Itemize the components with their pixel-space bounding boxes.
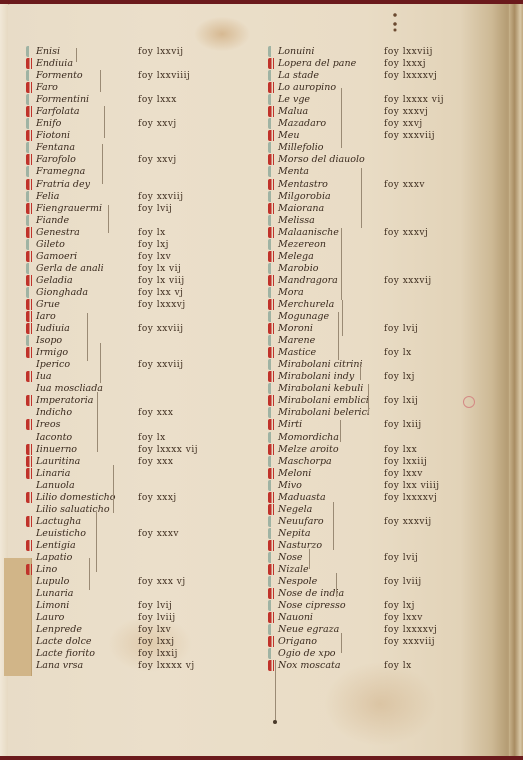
index-entry: Maiorana <box>268 203 468 215</box>
index-entry: Maschorpafoy lxxiij <box>268 456 468 468</box>
rubricated-initial-icon <box>268 191 276 202</box>
rubricated-initial-icon <box>26 191 34 202</box>
entry-name: Mivo <box>278 480 302 492</box>
entry-name: Menta <box>278 166 309 178</box>
bracket-line <box>76 48 77 62</box>
rubricated-initial-icon <box>26 492 34 503</box>
folio-reference: foy xxxvj <box>384 106 428 118</box>
rubricated-initial-icon <box>26 480 34 491</box>
entry-name: Lilio saluaticho <box>36 504 110 516</box>
index-entry: Melonifoy lxxv <box>268 468 468 480</box>
bracket-line <box>275 660 276 720</box>
folio-reference: foy lxj <box>138 239 169 251</box>
rubricated-initial-icon <box>268 347 276 358</box>
entry-name: Ogio de xpo <box>278 648 336 660</box>
entry-name: Lanuola <box>36 480 75 492</box>
entry-name: Enifo <box>36 118 61 130</box>
rubricated-initial-icon <box>26 636 34 647</box>
entry-name: Ireos <box>36 419 61 431</box>
entry-name: Maduasta <box>278 492 326 504</box>
rubricated-initial-icon <box>26 323 34 334</box>
rubricated-initial-icon <box>26 612 34 623</box>
rubricated-initial-icon <box>268 335 276 346</box>
rubricated-initial-icon <box>268 179 276 190</box>
entry-name: Nizale <box>278 564 309 576</box>
rubricated-initial-icon <box>26 600 34 611</box>
entry-name: Fiengrauermi <box>36 203 102 215</box>
entry-name: Marobio <box>278 263 319 275</box>
entry-name: Mandragora <box>278 275 338 287</box>
index-entry: Marobio <box>268 263 468 275</box>
entry-name: Fiotoni <box>36 130 70 142</box>
bracket-line <box>341 88 342 148</box>
index-column-left: Enisifoy lxxvijEndiuiaFormentofoy lxxvii… <box>26 46 226 672</box>
index-entry: Mazadarofoy xxvj <box>268 118 468 130</box>
folio-reference: foy xxxj <box>138 492 177 504</box>
entry-name: Faro <box>36 82 58 94</box>
index-entry: Lino <box>26 564 226 576</box>
entry-name: Enisi <box>36 46 60 58</box>
entry-name: Geladia <box>36 275 73 287</box>
bracket-line <box>309 549 310 569</box>
index-entry: Maluafoy xxxvj <box>268 106 468 118</box>
rubricated-initial-icon <box>26 383 34 394</box>
rubricated-initial-icon <box>26 94 34 105</box>
index-entry: Mandragorafoy xxxvij <box>268 275 468 287</box>
entry-name: Melze aroito <box>278 444 339 456</box>
rubricated-initial-icon <box>26 516 34 527</box>
index-entry: Fentana <box>26 142 226 154</box>
rubricated-initial-icon <box>268 239 276 250</box>
rubricated-initial-icon <box>268 576 276 587</box>
index-entry: Nauonifoy lxxv <box>268 612 468 624</box>
rubricated-initial-icon <box>26 359 34 370</box>
entry-name: Lentigia <box>36 540 76 552</box>
folio-reference: foy lxx <box>384 444 417 456</box>
entry-name: Lino <box>36 564 57 576</box>
entry-name: Linaria <box>36 468 70 480</box>
entry-name: Lauritina <box>36 456 80 468</box>
rubricated-initial-icon <box>26 504 34 515</box>
index-entry: Lopera del panefoy lxxxj <box>268 58 468 70</box>
rubricated-initial-icon <box>26 456 34 467</box>
rubricated-initial-icon <box>26 142 34 153</box>
rubricated-initial-icon <box>26 576 34 587</box>
index-entry: Gruefoy lxxxvj <box>26 299 226 311</box>
index-entry: Nose cipressofoy lxj <box>268 600 468 612</box>
index-entry: Lo auropino <box>268 82 468 94</box>
index-entry: Mora <box>268 287 468 299</box>
index-entry: Lauritinafoy xxx <box>26 456 226 468</box>
folio-reference: foy lvij <box>384 552 418 564</box>
rubricated-initial-icon <box>268 432 276 443</box>
folio-reference: foy lxxxxvj <box>384 492 437 504</box>
index-entry: Millefolio <box>268 142 468 154</box>
rubricated-initial-icon <box>268 564 276 575</box>
rubricated-initial-icon <box>268 552 276 563</box>
entry-name: Mirabolani belerici <box>278 407 370 419</box>
rubricated-initial-icon <box>268 215 276 226</box>
entry-name: Millefolio <box>278 142 324 154</box>
folio-reference: foy lxxxx vj <box>138 660 195 672</box>
entry-name: Lacte fiorito <box>36 648 95 660</box>
bracket-line <box>360 366 361 380</box>
entry-name: Fratria dey <box>36 179 90 191</box>
entry-name: Nose <box>278 552 303 564</box>
index-entry: Meufoy xxxviij <box>268 130 468 142</box>
index-column-right: Lonuinifoy lxxviijLopera del panefoy lxx… <box>268 46 468 672</box>
rubricated-initial-icon <box>268 142 276 153</box>
index-entry: Imperatoria <box>26 395 226 407</box>
folio-reference: foy lxxv <box>384 468 423 480</box>
index-entry: Lonuinifoy lxxviij <box>268 46 468 58</box>
folio-reference: foy lxxv <box>384 612 423 624</box>
folio-reference: foy lxxxx vij <box>138 444 198 456</box>
rubricated-initial-icon <box>26 299 34 310</box>
index-entry: La stadefoy lxxxxvj <box>268 70 468 82</box>
folio-reference: foy xxxvij <box>384 516 432 528</box>
bracket-line <box>338 312 339 360</box>
rubricated-initial-icon <box>26 203 34 214</box>
index-entry: Marene <box>268 335 468 347</box>
entry-name: Mirabolani emblici <box>278 395 369 407</box>
entry-name: Maiorana <box>278 203 324 215</box>
folio-reference: foy lxxij <box>138 648 178 660</box>
index-entry: Lapatio <box>26 552 226 564</box>
folio-reference: foy xxx vj <box>138 576 186 588</box>
bracket-line <box>96 512 97 572</box>
index-entry: Linaria <box>26 468 226 480</box>
entry-name: Moroni <box>278 323 313 335</box>
entry-name: Irmigo <box>36 347 68 359</box>
rubricated-initial-icon <box>26 444 34 455</box>
rubricated-initial-icon <box>26 70 34 81</box>
folio-reference: foy lxv <box>138 624 171 636</box>
rubricated-initial-icon <box>268 287 276 298</box>
entry-name: Iua <box>36 371 52 383</box>
rubricated-initial-icon <box>268 504 276 515</box>
index-entry: Faro <box>26 82 226 94</box>
folio-reference: foy lvij <box>138 203 172 215</box>
index-entry: Ogio de xpo <box>268 648 468 660</box>
entry-name: Merchurela <box>278 299 334 311</box>
entry-name: Neuufaro <box>278 516 324 528</box>
rubricated-initial-icon <box>26 251 34 262</box>
bracket-line <box>340 420 341 442</box>
index-entry: Mentastrofoy xxxv <box>268 179 468 191</box>
rubricated-initial-icon <box>268 263 276 274</box>
folio-reference: foy xxx <box>138 407 173 419</box>
index-entry: Lunaria <box>26 588 226 600</box>
entry-name: Meloni <box>278 468 311 480</box>
rubricated-initial-icon <box>268 395 276 406</box>
folio-reference: foy lx <box>384 660 412 672</box>
rubricated-initial-icon <box>268 118 276 129</box>
rubricated-initial-icon <box>26 540 34 551</box>
rubricated-initial-icon <box>26 528 34 539</box>
index-entry: Iua moscliada <box>26 383 226 395</box>
entry-name: Lacte dolce <box>36 636 92 648</box>
index-entry: Lenpredefoy lxv <box>26 624 226 636</box>
entry-name: Farofolo <box>36 154 76 166</box>
rubricated-initial-icon <box>268 299 276 310</box>
index-entry: Maduastafoy lxxxxvj <box>268 492 468 504</box>
index-entry: Moronifoy lvij <box>268 323 468 335</box>
bracket-line <box>87 313 88 361</box>
folio-reference: foy lxxxxvj <box>384 70 437 82</box>
index-entry: Malaanischefoy xxxvj <box>268 227 468 239</box>
entry-name: Negela <box>278 504 312 516</box>
index-entry: Mirtifoy lxiij <box>268 419 468 431</box>
index-entry: Momordicha <box>268 432 468 444</box>
index-entry: Neue egrazafoy lxxxxvj <box>268 624 468 636</box>
entry-name: Mirabolani kebuli <box>278 383 363 395</box>
folio-reference: foy xxxvj <box>384 227 428 239</box>
entry-name: Le vge <box>278 94 310 106</box>
index-entry: Leuistichofoy xxxv <box>26 528 226 540</box>
index-entry: Farofolofoy xxvj <box>26 154 226 166</box>
index-entry: Indichofoy xxx <box>26 407 226 419</box>
bracket-line <box>104 106 105 138</box>
bracket-line <box>336 573 337 597</box>
rubricated-initial-icon <box>268 166 276 177</box>
folio-reference: foy xxxviij <box>384 130 435 142</box>
rubricated-initial-icon <box>26 552 34 563</box>
rubricated-initial-icon <box>268 516 276 527</box>
index-entry: Enifofoy xxvj <box>26 118 226 130</box>
bracket-line <box>361 168 362 228</box>
rubricated-initial-icon <box>26 287 34 298</box>
entry-name: Marene <box>278 335 315 347</box>
index-entry: Iudiuiafoy xxviij <box>26 323 226 335</box>
rubricated-initial-icon <box>268 359 276 370</box>
rubricated-initial-icon <box>268 492 276 503</box>
folio-reference: foy xxx <box>138 456 173 468</box>
rubricated-initial-icon <box>26 166 34 177</box>
index-entry: Lacte dolcefoy lxxj <box>26 636 226 648</box>
folio-reference: foy xxxviij <box>384 636 435 648</box>
index-entry: Fiengrauermifoy lvij <box>26 203 226 215</box>
entry-name: Lana vrsa <box>36 660 83 672</box>
bracket-line <box>102 144 103 184</box>
folio-reference: foy xxvj <box>384 118 423 130</box>
rubricated-initial-icon <box>268 311 276 322</box>
entry-name: Lauro <box>36 612 64 624</box>
entry-name: Genestra <box>36 227 80 239</box>
index-entry: Nose de india <box>268 588 468 600</box>
index-entry: Iaro <box>26 311 226 323</box>
folio-reference: foy xxxv <box>384 179 425 191</box>
entry-name: Imperatoria <box>36 395 93 407</box>
rubricated-initial-icon <box>268 456 276 467</box>
index-entry: Lilio domestichofoy xxxj <box>26 492 226 504</box>
entry-name: Mirabolani indy <box>278 371 354 383</box>
entry-name: Lo auropino <box>278 82 336 94</box>
rubricated-initial-icon <box>268 58 276 69</box>
entry-name: Mirabolani citrini <box>278 359 363 371</box>
entry-name: Lenprede <box>36 624 82 636</box>
index-entry: Origanofoy xxxviij <box>268 636 468 648</box>
entry-name: Lapatio <box>36 552 72 564</box>
folio-reference: foy lxj <box>384 371 415 383</box>
rubricated-initial-icon <box>268 528 276 539</box>
index-entry: Fiande <box>26 215 226 227</box>
index-entry: Lupulofoy xxx vj <box>26 576 226 588</box>
entry-name: Mentastro <box>278 179 328 191</box>
rubricated-initial-icon <box>268 203 276 214</box>
index-entry: Formentinifoy lxxx <box>26 94 226 106</box>
index-entry: Mirabolani indyfoy lxj <box>268 371 468 383</box>
index-entry: Isopo <box>26 335 226 347</box>
index-entry: Gionghadafoy lxx vj <box>26 287 226 299</box>
entry-name: Melega <box>278 251 314 263</box>
index-entry: Iacontofoy lx <box>26 432 226 444</box>
entry-name: Mirti <box>278 419 302 431</box>
folio-reference: foy xxviij <box>138 323 183 335</box>
rubricated-initial-icon <box>26 564 34 575</box>
folio-reference: foy lxx vj <box>138 287 183 299</box>
index-entry: Lacte fioritofoy lxxij <box>26 648 226 660</box>
bracket-line <box>113 465 114 513</box>
index-entry: Mogunage <box>268 311 468 323</box>
index-entry: Iinuernofoy lxxxx vij <box>26 444 226 456</box>
rubricated-initial-icon <box>26 395 34 406</box>
rubricated-initial-icon <box>268 540 276 551</box>
index-entry: Neuufarofoy xxxvij <box>268 516 468 528</box>
bracket-line <box>97 392 98 452</box>
index-entry: Le vgefoy lxxxx vij <box>268 94 468 106</box>
index-entry: Melega <box>268 251 468 263</box>
entry-name: Morso del diauolo <box>278 154 365 166</box>
rubricated-initial-icon <box>268 444 276 455</box>
bracket-line <box>100 70 101 92</box>
entry-name: Gamoeri <box>36 251 77 263</box>
folio-reference: foy lxxxj <box>384 58 426 70</box>
entry-name: Mastice <box>278 347 316 359</box>
entry-name: Milgorobia <box>278 191 331 203</box>
rubricated-initial-icon <box>26 130 34 141</box>
index-entry: Nepita <box>268 528 468 540</box>
index-entry: Nizale <box>268 564 468 576</box>
rubricated-initial-icon <box>26 407 34 418</box>
entry-name: Fiande <box>36 215 69 227</box>
bracket-line <box>342 300 343 336</box>
ink-dot <box>273 720 277 724</box>
entry-name: Iinuerno <box>36 444 77 456</box>
rubricated-initial-icon <box>26 660 34 671</box>
rubricated-initial-icon <box>26 624 34 635</box>
index-entry: Irmigo <box>26 347 226 359</box>
index-entry: Milgorobia <box>268 191 468 203</box>
rubricated-initial-icon <box>268 600 276 611</box>
rubricated-initial-icon <box>268 46 276 57</box>
rubricated-initial-icon <box>26 263 34 274</box>
rubricated-initial-icon <box>26 82 34 93</box>
rubricated-initial-icon <box>26 46 34 57</box>
entry-name: Lactugha <box>36 516 81 528</box>
entry-name: Leuisticho <box>36 528 86 540</box>
index-entry: Endiuia <box>26 58 226 70</box>
folio-reference: foy lxj <box>384 600 415 612</box>
rubricated-initial-icon <box>268 383 276 394</box>
rubricated-initial-icon <box>26 468 34 479</box>
index-entry: Fratria dey <box>26 179 226 191</box>
folio-reference: foy lxx viiij <box>384 480 440 492</box>
rubricated-initial-icon <box>26 419 34 430</box>
index-entry: Farfolata <box>26 106 226 118</box>
index-entry: Iua <box>26 371 226 383</box>
entry-name: Gerla de anali <box>36 263 104 275</box>
rubricated-initial-icon <box>26 335 34 346</box>
folio-reference: foy lx viij <box>138 275 185 287</box>
bracket-line <box>108 205 109 233</box>
rubricated-initial-icon <box>26 179 34 190</box>
entry-name: Meu <box>278 130 299 142</box>
entry-name: Iperico <box>36 359 70 371</box>
folio-reference: foy lxxiij <box>384 456 427 468</box>
bracket-line <box>333 502 334 550</box>
entry-name: Nepita <box>278 528 311 540</box>
rubricated-initial-icon <box>26 58 34 69</box>
rubricated-initial-icon <box>26 118 34 129</box>
folio-reference: foy xxviij <box>138 359 183 371</box>
index-entry: Nosefoy lvij <box>268 552 468 564</box>
index-entry: Masticefoy lx <box>268 347 468 359</box>
index-entry: Fiotoni <box>26 130 226 142</box>
index-entry: Framegna <box>26 166 226 178</box>
index-entry: Lanuola <box>26 480 226 492</box>
rubricated-initial-icon <box>268 70 276 81</box>
rubricated-initial-icon <box>268 227 276 238</box>
folio-reference: foy lxxj <box>138 636 175 648</box>
rubricated-initial-icon <box>268 275 276 286</box>
entry-name: Lunaria <box>36 588 73 600</box>
index-entry: Enisifoy lxxvij <box>26 46 226 58</box>
rubricated-initial-icon <box>26 371 34 382</box>
index-entry: Lana vrsafoy lxxxx vj <box>26 660 226 672</box>
folio-reference: foy lxxviiij <box>138 70 190 82</box>
rubricated-initial-icon <box>26 588 34 599</box>
index-entry: Mivofoy lxx viiij <box>268 480 468 492</box>
entry-name: Iaconto <box>36 432 72 444</box>
entry-name: Limoni <box>36 600 69 612</box>
index-entry: Lentigia <box>26 540 226 552</box>
entry-name: Nose de india <box>278 588 344 600</box>
rubricated-initial-icon <box>268 624 276 635</box>
folio-reference: foy lxiij <box>384 419 422 431</box>
index-entry: Merchurela <box>268 299 468 311</box>
entry-name: Iaro <box>36 311 56 323</box>
entry-name: Felia <box>36 191 59 203</box>
entry-name: Lupulo <box>36 576 69 588</box>
entry-name: Neue egraza <box>278 624 339 636</box>
rubricated-initial-icon <box>26 227 34 238</box>
entry-name: Mogunage <box>278 311 329 323</box>
entry-name: Indicho <box>36 407 72 419</box>
bracket-line <box>89 558 90 590</box>
entry-name: Origano <box>278 636 317 648</box>
entry-name: Formento <box>36 70 83 82</box>
bracket-line <box>100 343 101 383</box>
index-entry: Nespolefoy lviij <box>268 576 468 588</box>
folio-reference: foy xxxv <box>138 528 179 540</box>
rubricated-initial-icon <box>268 588 276 599</box>
entry-name: Nespole <box>278 576 317 588</box>
index-entry: Morso del diauolo <box>268 154 468 166</box>
rubricated-initial-icon <box>26 648 34 659</box>
entry-name: Momordicha <box>278 432 339 444</box>
rubricated-initial-icon <box>268 94 276 105</box>
